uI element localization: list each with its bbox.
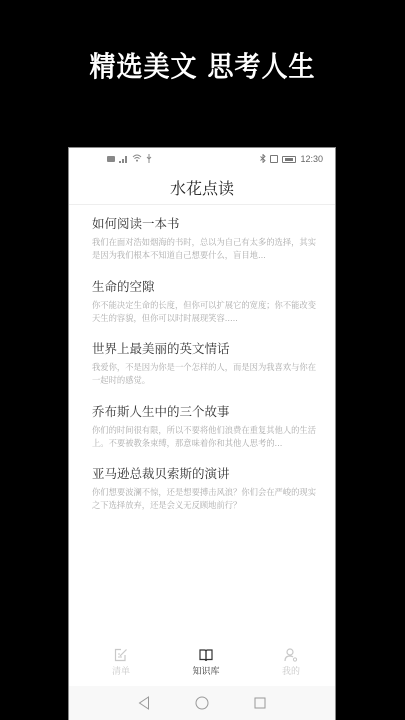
recents-button[interactable] xyxy=(252,695,268,711)
edit-list-icon xyxy=(114,647,128,661)
article-title: 生命的空隙 xyxy=(92,278,317,296)
status-left xyxy=(107,154,152,165)
article-summary: 我们在面对浩如烟海的书时，总以为自己有太多的选择，其实是因为我们根本不知道自己想… xyxy=(92,236,317,262)
signal-icon xyxy=(119,156,128,163)
bluetooth-icon xyxy=(260,154,266,165)
article-list: 如何阅读一本书 我们在面对浩如烟海的书时，总以为自己有太多的选择，其实是因为我们… xyxy=(69,205,335,518)
list-item[interactable]: 如何阅读一本书 我们在面对浩如烟海的书时，总以为自己有太多的选择，其实是因为我们… xyxy=(92,205,317,268)
tab-list[interactable]: 清单 xyxy=(101,645,141,685)
article-title: 乔布斯人生中的三个故事 xyxy=(92,403,317,421)
tab-label: 知识库 xyxy=(192,664,219,677)
tab-label: 我的 xyxy=(282,664,300,677)
list-item[interactable]: 世界上最美丽的英文情话 我爱你，不是因为你是一个怎样的人，而是因为我喜欢与你在一… xyxy=(92,330,317,393)
article-summary: 你们的时间很有限，所以不要将他们浪费在重复其他人的生活上。不要被教条束缚，那意味… xyxy=(92,424,317,450)
wifi-icon xyxy=(132,154,142,164)
article-summary: 我爱你，不是因为你是一个怎样的人，而是因为我喜欢与你在一起时的感觉。 xyxy=(92,361,317,387)
tab-knowledge-base[interactable]: 知识库 xyxy=(186,645,226,685)
article-title: 亚马逊总裁贝索斯的演讲 xyxy=(92,465,317,483)
system-nav-bar xyxy=(69,686,335,720)
article-summary: 你们想要波澜不惊，还是想要搏击风浪？你们会在严峻的现实之下选择放弃，还是会义无反… xyxy=(92,486,317,512)
promo-slogan: 精选美文 思考人生 xyxy=(0,45,405,85)
vibrate-icon xyxy=(270,155,278,163)
list-item[interactable]: 生命的空隙 你不能决定生命的长度，但你可以扩展它的宽度；你不能改变天生的容貌，但… xyxy=(92,268,317,331)
recents-square-icon xyxy=(254,697,266,709)
status-time: 12:30 xyxy=(300,154,323,164)
article-title: 世界上最美丽的英文情话 xyxy=(92,340,317,358)
sim-icon xyxy=(107,156,115,162)
back-button[interactable] xyxy=(136,695,152,711)
list-item[interactable]: 亚马逊总裁贝索斯的演讲 你们想要波澜不惊，还是想要搏击风浪？你们会在严峻的现实之… xyxy=(92,455,317,518)
status-right: 12:30 xyxy=(260,154,323,165)
battery-icon xyxy=(282,156,296,163)
home-button[interactable] xyxy=(194,695,210,711)
usb-icon xyxy=(146,154,152,165)
page-title: 水花点读 xyxy=(69,170,335,205)
book-icon xyxy=(199,647,213,661)
phone-screen: 12:30 水花点读 如何阅读一本书 我们在面对浩如烟海的书时，总以为自己有太多… xyxy=(68,147,336,720)
article-summary: 你不能决定生命的长度，但你可以扩展它的宽度；你不能改变天生的容貌，但你可以时时展… xyxy=(92,299,317,325)
back-triangle-icon xyxy=(138,696,150,710)
list-item[interactable]: 乔布斯人生中的三个故事 你们的时间很有限，所以不要将他们浪费在重复其他人的生活上… xyxy=(92,393,317,456)
tab-profile[interactable]: 我的 xyxy=(271,645,311,685)
tab-label: 清单 xyxy=(112,664,130,677)
article-title: 如何阅读一本书 xyxy=(92,215,317,233)
status-bar: 12:30 xyxy=(69,148,335,170)
bottom-tab-bar: 清单 知识库 我的 xyxy=(69,645,335,685)
home-circle-icon xyxy=(195,696,209,710)
user-icon xyxy=(284,647,298,661)
